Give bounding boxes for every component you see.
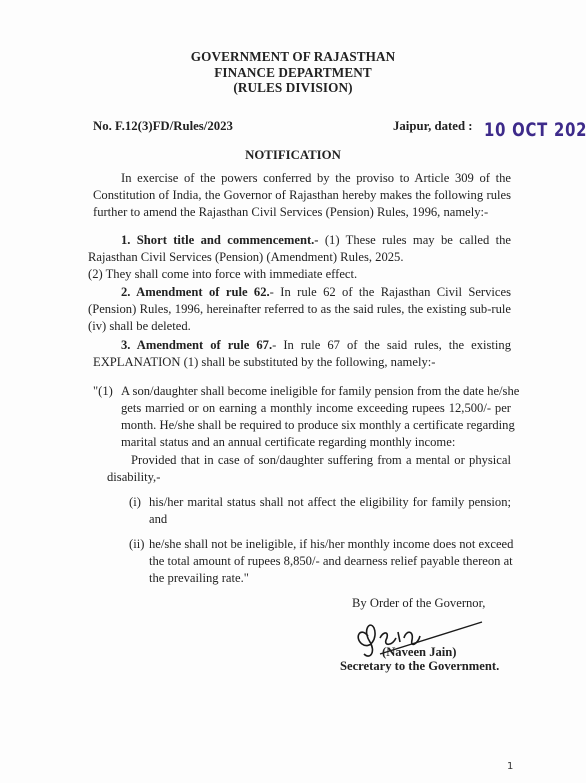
- rule-3: 3. Amendment of rule 67.- In rule 67 of …: [93, 337, 511, 371]
- rule-1: 1. Short title and commencement.- (1) Th…: [88, 232, 511, 283]
- explanation-body: A son/daughter shall become ineligible f…: [121, 383, 511, 451]
- clause-i-label: (i): [129, 494, 141, 511]
- clause-ii: he/she shall not be ineligible, if his/h…: [149, 536, 511, 587]
- page-number: 1: [507, 761, 513, 772]
- document-page: GOVERNMENT OF RAJASTHAN FINANCE DEPARTME…: [0, 0, 586, 783]
- rule-1-heading: 1. Short title and commencement.-: [121, 233, 319, 247]
- signatory-name: (Naveen Jain): [382, 645, 457, 660]
- preamble-line: Constitution of India, the Governor of R…: [93, 187, 511, 204]
- rule-2-heading: 2. Amendment of rule 62.: [121, 285, 270, 299]
- preamble: In exercise of the powers conferred by t…: [93, 170, 511, 221]
- clause-i: his/her marital status shall not affect …: [149, 494, 511, 528]
- notification-title: NOTIFICATION: [0, 148, 586, 163]
- explanation-label: "(1): [93, 383, 113, 400]
- rule-3-heading: 3. Amendment of rule 67.: [121, 338, 272, 352]
- preamble-line: In exercise of the powers conferred by t…: [93, 170, 511, 187]
- header-government: GOVERNMENT OF RAJASTHAN: [0, 49, 586, 65]
- date-stamp: 10 OCT 2025: [484, 119, 586, 141]
- header-department: FINANCE DEPARTMENT: [0, 65, 586, 81]
- preamble-line: further to amend the Rajasthan Civil Ser…: [93, 204, 511, 221]
- place-date-label: Jaipur, dated :: [393, 119, 473, 134]
- signatory-designation: Secretary to the Government.: [340, 659, 499, 674]
- proviso: Provided that in case of son/daughter su…: [107, 452, 511, 486]
- header-division: (RULES DIVISION): [0, 80, 586, 96]
- clause-ii-label: (ii): [129, 536, 144, 553]
- rule-2: 2. Amendment of rule 62.- In rule 62 of …: [88, 284, 511, 335]
- reference-number: No. F.12(3)FD/Rules/2023: [93, 119, 233, 134]
